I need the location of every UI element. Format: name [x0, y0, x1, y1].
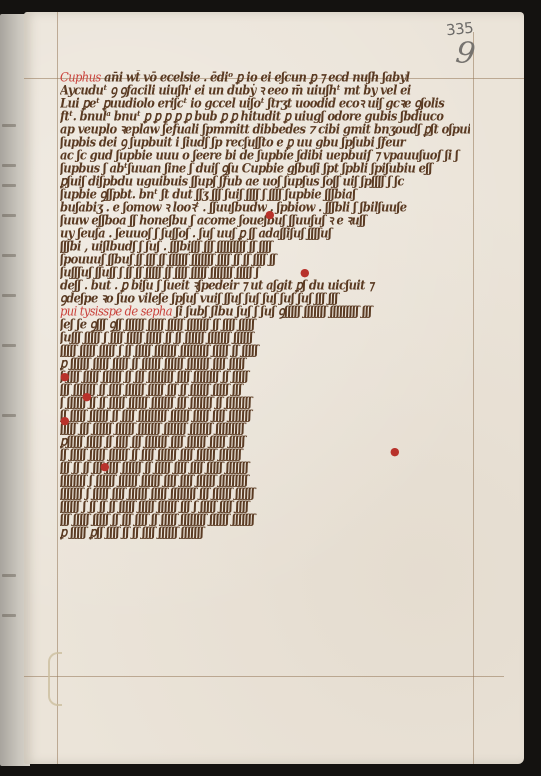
- facing-page-text-trace: [2, 344, 16, 347]
- red-initial-mark: ●: [82, 390, 92, 403]
- facing-page-text-trace: [2, 184, 16, 187]
- red-initial-mark: ●: [300, 266, 310, 279]
- red-initial-mark: ●: [390, 445, 400, 458]
- red-initial-mark: ●: [60, 370, 70, 383]
- facing-page-text-trace: [2, 214, 16, 217]
- line-text: ꝑ ʃʃʃʃʃ ꝑʃʃ ʃʃʃʃ ʃʃ ʃʃ ʃʃʃʃ ʃʃʃʃʃʃ ʃʃʃʃʃ…: [60, 525, 203, 540]
- facing-page-text-trace: [2, 574, 16, 577]
- facing-page-text-trace: [2, 414, 16, 417]
- facing-page-text-trace: [2, 164, 16, 167]
- facing-page-text-trace: [2, 614, 16, 617]
- binding-thread: [48, 652, 62, 706]
- facing-page-text-trace: [2, 124, 16, 127]
- ruling-line-right: [473, 32, 474, 764]
- facing-page-text-trace: [2, 254, 16, 257]
- manuscript-line: ꝑ ʃʃʃʃʃ ꝑʃʃ ʃʃʃʃ ʃʃ ʃʃ ʃʃʃʃ ʃʃʃʃʃʃ ʃʃʃʃʃ…: [60, 525, 340, 540]
- ruling-line-bottom: [24, 676, 504, 677]
- red-initial-mark: ●: [60, 414, 70, 427]
- facing-page-text-trace: [2, 294, 16, 297]
- red-initial-mark: ●: [265, 208, 275, 221]
- red-initial-mark: ●: [100, 460, 110, 473]
